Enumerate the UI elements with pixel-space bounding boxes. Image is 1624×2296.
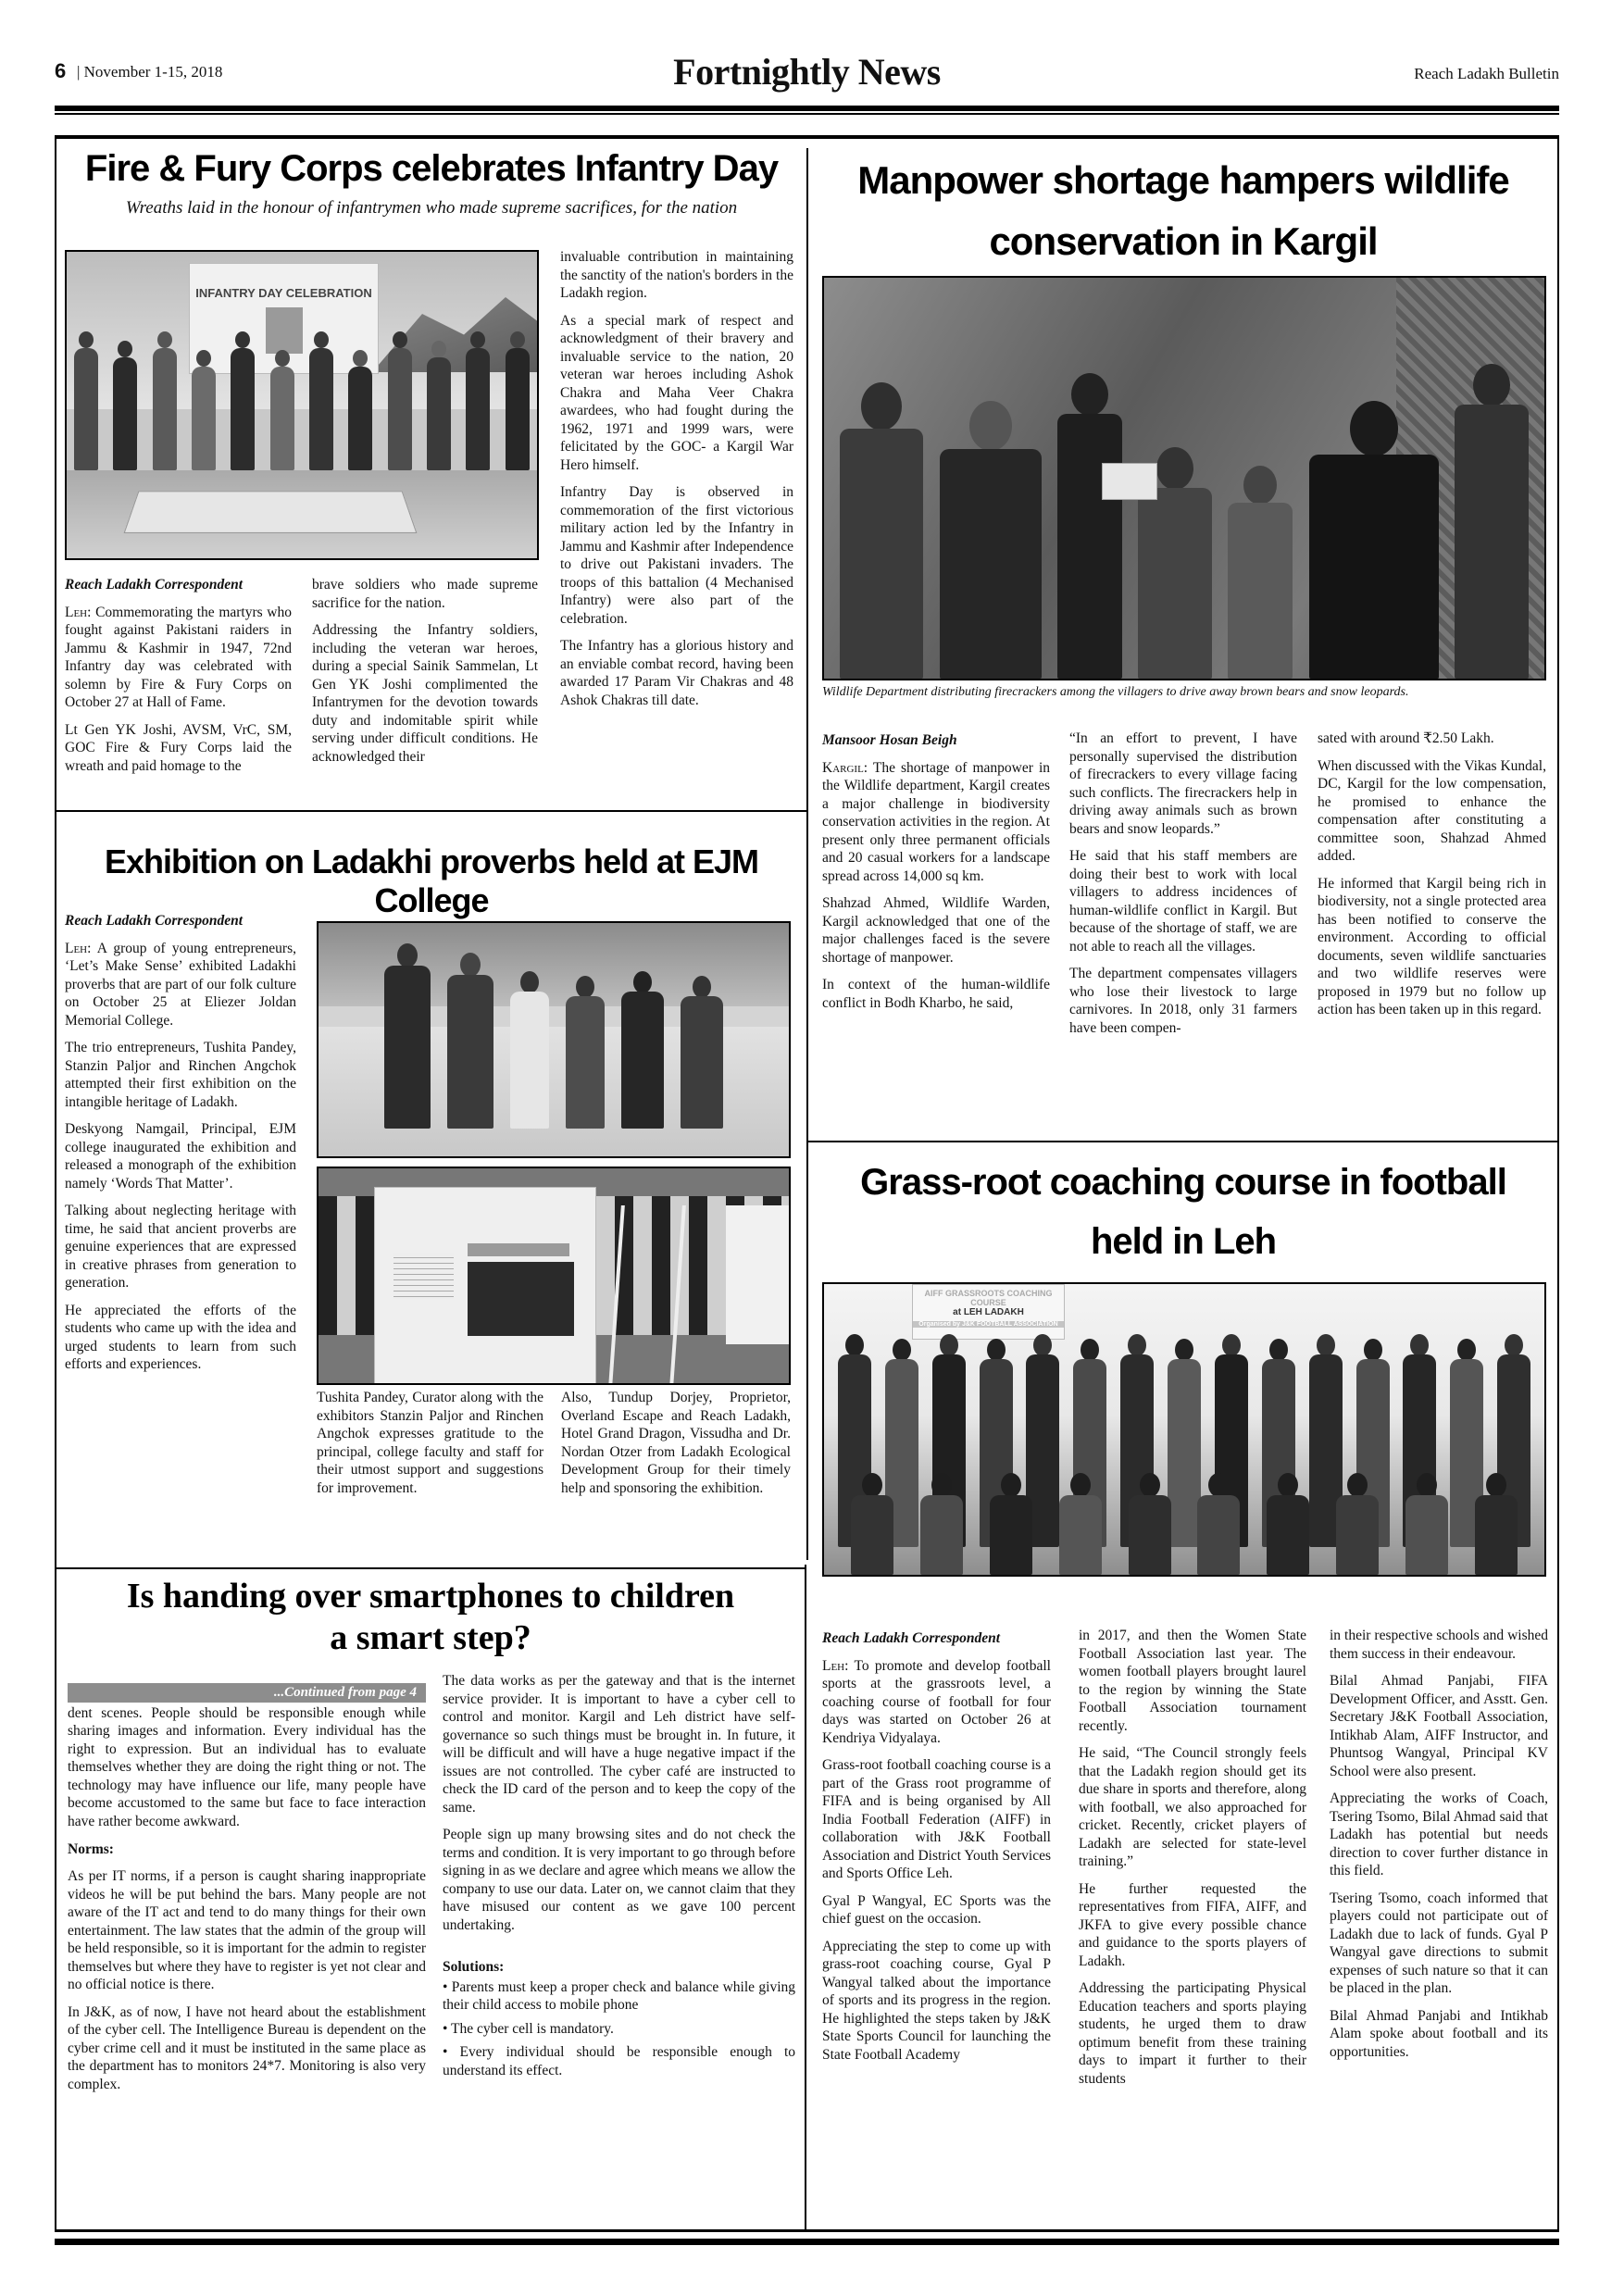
paragraph: Tsering Tsomo, coach informed that playe… (1330, 1890, 1548, 1998)
paragraph: Appreciating the step to come up with gr… (822, 1938, 1051, 2065)
banner-line-1: AIFF GRASSROOTS COACHING COURSE (913, 1289, 1064, 1307)
divider-vertical-bottom (805, 1565, 806, 2229)
banner-aiff-course: AIFF GRASSROOTS COACHING COURSE at LEH L… (912, 1284, 1065, 1340)
byline: Mansoor Hosan Beigh (822, 731, 1050, 750)
banner-text: INFANTRY DAY CELEBRATION (195, 286, 371, 300)
football-column-1: Reach Ladakh Correspondent Leh: To promo… (822, 1629, 1051, 2064)
paragraph: Also, Tundup Dorjey, Proprietor, Overlan… (561, 1389, 791, 1497)
paragraph-text: The shortage of manpower in the Wildlife… (822, 760, 1050, 884)
banner-line-2: at LEH LADAKH (913, 1307, 1064, 1317)
exhibitors (319, 943, 789, 1129)
paragraph: When discussed with the Vikas Kundal, DC… (1318, 757, 1546, 866)
proverbs-column-3: Also, Tundup Dorjey, Proprietor, Overlan… (561, 1389, 791, 1497)
paragraph: Lt Gen YK Joshi, AVSM, VrC, SM, GOC Fire… (65, 721, 292, 776)
solution-item: • Parents must keep a proper check and b… (443, 1978, 795, 2015)
paragraph: “In an effort to prevent, I have persona… (1069, 730, 1297, 838)
headline-line-2: a smart step? (330, 1618, 531, 1657)
paragraph: Shahzad Ahmed, Wildlife Warden, Kargil a… (822, 894, 1050, 967)
paragraph: In J&K, as of now, I have not heard abou… (68, 2003, 426, 2094)
carpet (124, 491, 418, 532)
paragraph: He appreciated the efforts of the studen… (65, 1302, 296, 1374)
divider-wildlife-football (806, 1141, 1558, 1142)
solution-item: • Every individual should be responsible… (443, 2043, 795, 2079)
photo-exhibitors-group (317, 921, 791, 1158)
masthead-rule-thick (55, 106, 1559, 111)
paragraph: He informed that Kargil being rich in bi… (1318, 875, 1546, 1019)
photo-exhibition-display (317, 1167, 791, 1385)
paragraph: Bilal Ahmad Panjabi and Intikhab Alam sp… (1330, 2007, 1548, 2062)
smartphones-column-2: The data works as per the gateway and th… (443, 1672, 795, 2085)
footer-rule (55, 2239, 1559, 2245)
byline: Reach Ladakh Correspondent (65, 912, 296, 930)
divider-infantry-proverbs (56, 810, 806, 812)
photo-wildlife-firecrackers (822, 276, 1546, 680)
paragraph: Leh: To promote and develop football spo… (822, 1657, 1051, 1748)
masthead: 6 | November 1-15, 2018 Fortnightly News… (55, 54, 1559, 91)
infantry-column-3: invaluable contribution in maintaining t… (560, 248, 793, 718)
paragraph: The department compensates villagers who… (1069, 965, 1297, 1037)
wildlife-column-1: Mansoor Hosan Beigh Kargil: The shortage… (822, 731, 1050, 1012)
banner-line-3: Organised by J&K FOOTBALL ASSOCIATION (913, 1321, 1064, 1328)
paragraph: Leh: Commemorating the martyrs who fough… (65, 604, 292, 712)
villagers (824, 345, 1544, 679)
paragraph: in 2017, and then the Women State Footba… (1079, 1627, 1306, 1735)
headline-line-1: Manpower shortage hampers wildlife (857, 158, 1508, 202)
participants-front-row (824, 1473, 1544, 1575)
headline-line-1: Is handing over smartphones to children (127, 1577, 734, 1616)
football-column-2: in 2017, and then the Women State Footba… (1079, 1627, 1306, 2088)
dateline: Leh: (65, 605, 91, 620)
solution-item: • The cyber cell is mandatory. (443, 2020, 795, 2039)
paragraph-text: A group of young entrepreneurs, ‘Let’s M… (65, 941, 296, 1029)
photo-football-coaching-group: AIFF GRASSROOTS COACHING COURSE at LEH L… (822, 1282, 1546, 1577)
easel (608, 1205, 686, 1385)
proverb-display-board (374, 1187, 596, 1385)
football-column-3: in their respective schools and wished t… (1330, 1627, 1548, 2070)
photo-infantry-day-group: INFANTRY DAY CELEBRATION (65, 250, 539, 560)
paragraph-text: Commemorating the martyrs who fought aga… (65, 605, 292, 711)
paragraph: He said, “The Council strongly feels tha… (1079, 1744, 1306, 1871)
paragraph: He further requested the representatives… (1079, 1880, 1306, 1971)
paragraph: in their respective schools and wished t… (1330, 1627, 1548, 1663)
paragraph: Kargil: The shortage of manpower in the … (822, 759, 1050, 886)
divider-proverbs-smartphones (56, 1567, 806, 1569)
paragraph: dent scenes. People should be responsibl… (68, 1704, 426, 1831)
paragraph: In context of the human-wildlife conflic… (822, 976, 1050, 1012)
paragraph: Talking about neglecting heritage with t… (65, 1202, 296, 1292)
deck-infantry-day: Wreaths laid in the honour of infantryme… (57, 198, 806, 218)
headline-smartphones: Is handing over smartphones to children … (57, 1576, 804, 1659)
norms-heading: Norms: (68, 1841, 426, 1859)
section-title: Fortnightly News (55, 50, 1559, 94)
dateline: Leh: (65, 941, 91, 956)
headline-line-2: held in Leh (1091, 1221, 1276, 1262)
paragraph: Addressing the participating Physical Ed… (1079, 1979, 1306, 2088)
solutions-heading: Solutions: (443, 1958, 795, 1977)
smartphones-column-1: ...Continued from page 4 dent scenes. Pe… (68, 1683, 426, 2093)
paragraph: People sign up many browsing sites and d… (443, 1826, 795, 1934)
paragraph: The trio entrepreneurs, Tushita Pandey, … (65, 1039, 296, 1111)
infantry-column-1: Reach Ladakh Correspondent Leh: Commemor… (65, 576, 292, 775)
paragraph: brave soldiers who made supreme sacrific… (312, 576, 538, 612)
paragraph: The data works as per the gateway and th… (443, 1672, 795, 1816)
wildlife-column-3: sated with around ₹2.50 Lakh. When discu… (1318, 730, 1546, 1029)
proverbs-column-1: Reach Ladakh Correspondent Leh: A group … (65, 912, 296, 1383)
proverbs-column-2: Tushita Pandey, Curator along with the e… (317, 1389, 543, 1497)
paragraph: Appreciating the works of Coach, Tsering… (1330, 1790, 1548, 1880)
wildlife-column-2: “In an effort to prevent, I have persona… (1069, 730, 1297, 1037)
paragraph: The Infantry has a glorious history and … (560, 637, 793, 709)
publication-name: Reach Ladakh Bulletin (1414, 65, 1559, 83)
divider-vertical-top (806, 148, 808, 1560)
firecracker-boxes (1102, 463, 1157, 500)
byline: Reach Ladakh Correspondent (822, 1629, 1051, 1648)
paragraph: Bilal Ahmad Panjabi, FIFA Development Of… (1330, 1672, 1548, 1780)
paragraph: Tushita Pandey, Curator along with the e… (317, 1389, 543, 1497)
paragraph: As a special mark of respect and acknowl… (560, 312, 793, 475)
paragraph: Gyal P Wangyal, EC Sports was the chief … (822, 1892, 1051, 1928)
group-of-people (67, 331, 537, 470)
headline-wildlife: Manpower shortage hampers wildlife conse… (808, 150, 1558, 272)
paragraph: Leh: A group of young entrepreneurs, ‘Le… (65, 940, 296, 1030)
headline-football: Grass-root coaching course in football h… (808, 1153, 1558, 1271)
headline-line-2: conservation in Kargil (989, 219, 1377, 263)
dateline: Kargil: (822, 760, 868, 776)
headline-infantry-day: Fire & Fury Corps celebrates Infantry Da… (57, 148, 806, 190)
paragraph: sated with around ₹2.50 Lakh. (1318, 730, 1546, 748)
continued-from-label: ...Continued from page 4 (68, 1683, 426, 1703)
byline: Reach Ladakh Correspondent (65, 576, 292, 594)
caption-wildlife: Wildlife Department distributing firecra… (822, 685, 1546, 700)
paragraph-text: To promote and develop football sports a… (822, 1658, 1051, 1746)
headline-line-1: Grass-root coaching course in football (860, 1162, 1506, 1203)
infantry-column-2: brave soldiers who made supreme sacrific… (312, 576, 538, 766)
masthead-rule-thin (55, 113, 1559, 115)
paragraph: Deskyong Namgail, Principal, EJM college… (65, 1120, 296, 1192)
paragraph: Infantry Day is observed in commemoratio… (560, 483, 793, 628)
paragraph: Grass-root football coaching course is a… (822, 1756, 1051, 1883)
paragraph: Addressing the Infantry soldiers, includ… (312, 621, 538, 766)
headline-proverbs: Exhibition on Ladakhi proverbs held at E… (57, 842, 806, 920)
dateline: Leh: (822, 1658, 848, 1674)
display-board-right (726, 1205, 791, 1344)
paragraph: He said that his staff members are doing… (1069, 847, 1297, 955)
paragraph: invaluable contribution in maintaining t… (560, 248, 793, 303)
paragraph: As per IT norms, if a person is caught s… (68, 1867, 426, 1994)
